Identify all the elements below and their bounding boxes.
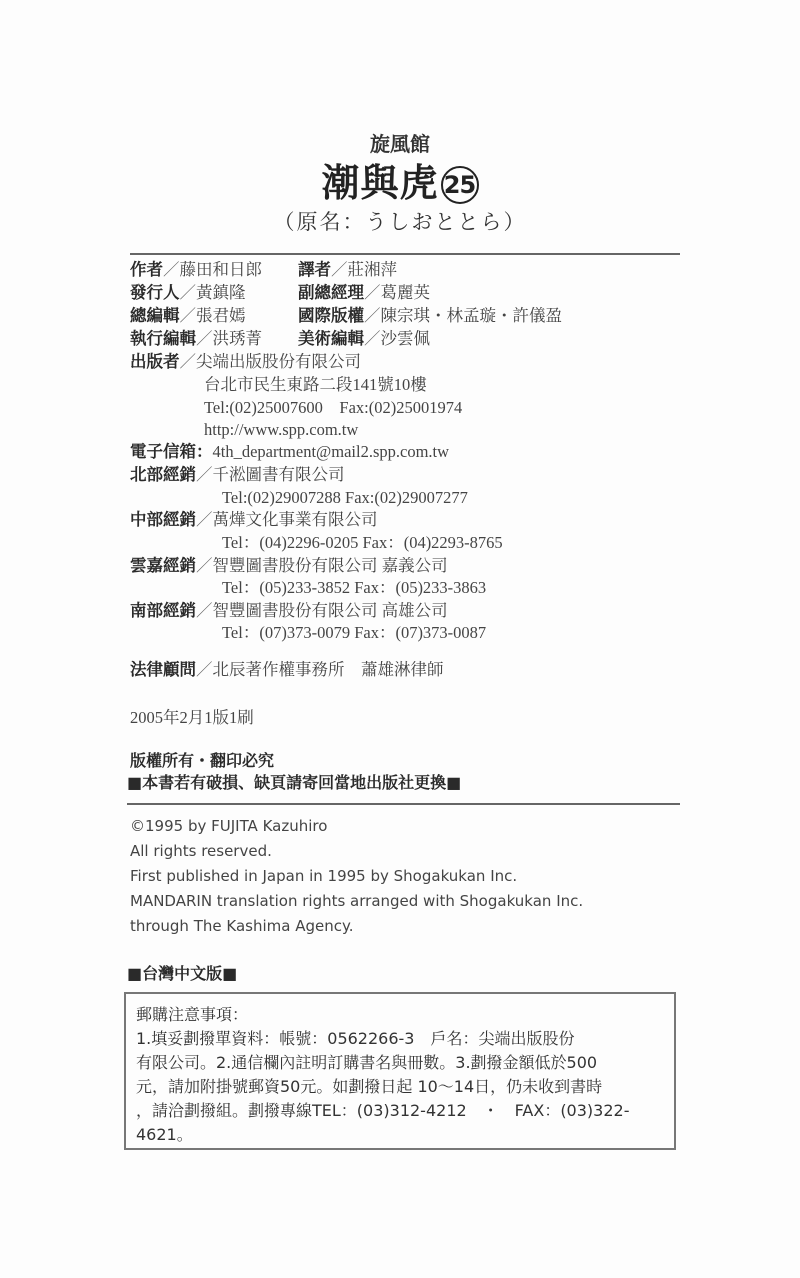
email-value: 4th_department@mail2.spp.com.tw xyxy=(213,442,450,461)
mail-order-title: 郵購注意事項： xyxy=(136,1002,248,1025)
replacement-notice: ■本書若有破損、缺頁請寄回當地出版社更換■ xyxy=(127,770,461,793)
divider-top xyxy=(130,253,680,255)
chief-editor-value: 張君嫣 xyxy=(196,306,246,325)
address-text: 台北市民生東路二段141號10樓 xyxy=(204,375,427,394)
publisher-phone: Tel:(02)25007600 Fax:(02)25001974 xyxy=(204,397,462,419)
separator: ／ xyxy=(163,260,180,279)
phone-text: Tel:(02)25007600 Fax:(02)25001974 xyxy=(204,398,462,417)
translator-label: 譯者 xyxy=(298,260,331,279)
all-rights-reserved: 版權所有・翻印必究 xyxy=(130,748,274,771)
original-title: （原名：うしおととら） xyxy=(0,206,800,236)
edition-text: 2005年2月1版1刷 xyxy=(130,708,254,727)
publisher-website: http://www.spp.com.tw xyxy=(204,419,358,441)
intl-rights-value: 陳宗琪・林孟璇・許儀盈 xyxy=(381,306,563,325)
separator: ／ xyxy=(331,260,348,279)
mail-order-line: 有限公司。2.通信欄內註明訂購書名與冊數。3.劃撥金額低於500 xyxy=(136,1050,597,1073)
mail-order-notice-box: 郵購注意事項： 1.填妥劃撥單資料：帳號：0562266-3 戶名：尖端出版股份… xyxy=(124,992,676,1150)
phone-text: Tel：(05)233-3852 Fax：(05)233-3863 xyxy=(222,578,486,597)
chief-editor-label: 總編輯 xyxy=(130,306,180,325)
credit-exec-editor: 執行編輯／洪琇菁 xyxy=(130,328,262,350)
north-dist-phone: Tel:(02)29007288 Fax:(02)29007277 xyxy=(222,487,468,509)
publisher-address: 台北市民生東路二段141號10樓 xyxy=(204,374,427,396)
phone-text: Tel:(02)29007288 Fax:(02)29007277 xyxy=(222,488,468,507)
legal-value: 北辰著作權事務所 蕭雄淋律師 xyxy=(213,660,444,679)
author-value: 藤田和日郎 xyxy=(180,260,263,279)
publisher-value: 尖端出版股份有限公司 xyxy=(196,352,361,371)
phone-text: Tel：(04)2296-0205 Fax：(04)2293-8765 xyxy=(222,533,503,552)
author-label: 作者 xyxy=(130,260,163,279)
separator: ／ xyxy=(180,283,197,302)
email-label: 電子信箱： xyxy=(130,442,213,461)
edition-info: 2005年2月1版1刷 xyxy=(130,707,254,729)
mail-order-line: 1.填妥劃撥單資料：帳號：0562266-3 戶名：尖端出版股份 xyxy=(136,1026,574,1049)
intl-rights-label: 國際版權 xyxy=(298,306,364,325)
title-text: 潮與虎 xyxy=(321,161,438,205)
yunjia-dist-phone: Tel：(05)233-3852 Fax：(05)233-3863 xyxy=(222,577,486,599)
south-dist-label: 南部經銷 xyxy=(130,601,196,620)
south-dist-phone: Tel：(07)373-0079 Fax：(07)373-0087 xyxy=(222,622,486,644)
yunjia-dist-label: 雲嘉經銷 xyxy=(130,556,196,575)
credit-intl-rights: 國際版權／陳宗琪・林孟璇・許儀盈 xyxy=(298,305,562,327)
credit-issuer: 發行人／黃鎮隆 xyxy=(130,282,246,304)
taiwan-edition-label: ■台灣中文版■ xyxy=(127,961,237,984)
credit-art-editor: 美術編輯／沙雲佩 xyxy=(298,328,430,350)
south-dist-value: 智豐圖書股份有限公司 高雄公司 xyxy=(213,601,448,620)
credit-north-dist: 北部經銷／千淞圖書有限公司 xyxy=(130,464,345,486)
separator: ／ xyxy=(196,465,213,484)
north-dist-value: 千淞圖書有限公司 xyxy=(213,465,345,484)
central-dist-phone: Tel：(04)2296-0205 Fax：(04)2293-8765 xyxy=(222,532,503,554)
rights-reserved-line: All rights reserved. xyxy=(130,842,272,860)
agency-line: through The Kashima Agency. xyxy=(130,917,353,935)
credit-author: 作者／藤田和日郎 xyxy=(130,259,262,281)
separator: ／ xyxy=(196,510,213,529)
exec-editor-value: 洪琇菁 xyxy=(213,329,263,348)
art-editor-value: 沙雲佩 xyxy=(381,329,431,348)
credit-deputy-gm: 副總經理／葛麗英 xyxy=(298,282,430,304)
divider-middle xyxy=(127,803,680,805)
separator: ／ xyxy=(196,601,213,620)
book-title: 潮與虎25 xyxy=(0,152,800,207)
exec-editor-label: 執行編輯 xyxy=(130,329,196,348)
separator: ／ xyxy=(364,306,381,325)
separator: ／ xyxy=(180,352,197,371)
separator: ／ xyxy=(364,283,381,302)
volume-number-badge: 25 xyxy=(441,166,479,204)
mail-order-line: 4621。 xyxy=(136,1122,193,1145)
credit-translator: 譯者／莊湘萍 xyxy=(298,259,397,281)
central-dist-value: 萬燁文化事業有限公司 xyxy=(213,510,378,529)
central-dist-label: 中部經銷 xyxy=(130,510,196,529)
separator: ／ xyxy=(196,660,213,679)
separator: ／ xyxy=(364,329,381,348)
mail-order-line: ，請洽劃撥組。劃撥專線TEL：(03)312-4212 ・ FAX：(03)32… xyxy=(136,1098,629,1121)
credit-publisher: 出版者／尖端出版股份有限公司 xyxy=(130,351,361,373)
credit-south-dist: 南部經銷／智豐圖書股份有限公司 高雄公司 xyxy=(130,600,448,622)
yunjia-dist-value: 智豐圖書股份有限公司 嘉義公司 xyxy=(213,556,448,575)
issuer-label: 發行人 xyxy=(130,283,180,302)
mail-order-line: 元，請加附掛號郵資50元。如劃撥日起 10～14日，仍未收到書時 xyxy=(136,1074,602,1097)
website-text: http://www.spp.com.tw xyxy=(204,420,358,439)
credit-legal: 法律顧問／北辰著作權事務所 蕭雄淋律師 xyxy=(130,659,444,681)
credit-yunjia-dist: 雲嘉經銷／智豐圖書股份有限公司 嘉義公司 xyxy=(130,555,448,577)
translation-rights-line: MANDARIN translation rights arranged wit… xyxy=(130,892,583,910)
credit-chief-editor: 總編輯／張君嫣 xyxy=(130,305,246,327)
first-published-line: First published in Japan in 1995 by Shog… xyxy=(130,867,517,885)
translator-value: 莊湘萍 xyxy=(348,260,398,279)
phone-text: Tel：(07)373-0079 Fax：(07)373-0087 xyxy=(222,623,486,642)
credit-central-dist: 中部經銷／萬燁文化事業有限公司 xyxy=(130,509,378,531)
publisher-label: 出版者 xyxy=(130,352,180,371)
art-editor-label: 美術編輯 xyxy=(298,329,364,348)
issuer-value: 黃鎮隆 xyxy=(196,283,246,302)
legal-label: 法律顧問 xyxy=(130,660,196,679)
deputy-gm-label: 副總經理 xyxy=(298,283,364,302)
separator: ／ xyxy=(196,556,213,575)
credit-email: 電子信箱：4th_department@mail2.spp.com.tw xyxy=(130,441,449,463)
deputy-gm-value: 葛麗英 xyxy=(381,283,431,302)
copyright-line: ©1995 by FUJITA Kazuhiro xyxy=(130,817,327,835)
north-dist-label: 北部經銷 xyxy=(130,465,196,484)
separator: ／ xyxy=(180,306,197,325)
separator: ／ xyxy=(196,329,213,348)
